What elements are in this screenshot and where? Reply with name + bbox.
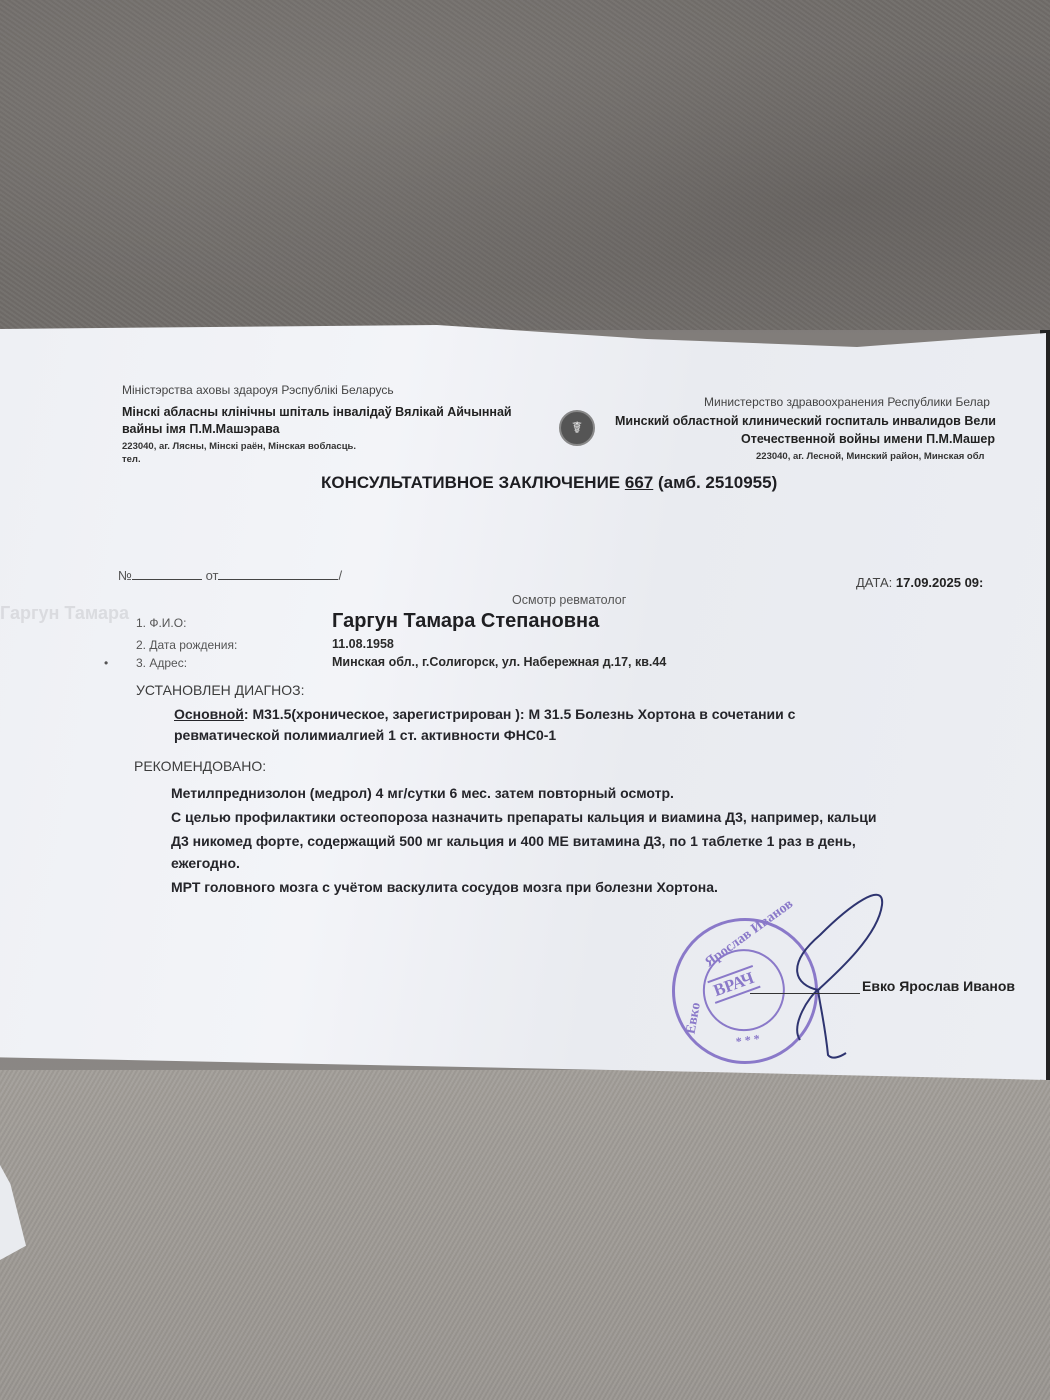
header-right-ministry: Министерство здравоохранения Республики … [704, 395, 990, 409]
medical-emblem-icon: ☤ [559, 410, 595, 446]
document-amb: (амб. 2510955) [658, 473, 777, 492]
address-value: Минская обл., г.Солигорск, ул. Набережна… [332, 655, 666, 669]
diagnosis-main: Основной: М31.5(хроническое, зарегистрир… [174, 706, 795, 722]
registration-line: № от/ [118, 567, 342, 583]
diagnosis-line-2: ревматической полимиалгией 1 ст. активно… [174, 727, 556, 743]
recommendation-line: С целью профилактики остеопороза назначи… [171, 809, 877, 825]
document-title: КОНСУЛЬТАТИВНОЕ ЗАКЛЮЧЕНИЕ 667 (амб. 251… [321, 473, 777, 493]
bullet-dot: • [104, 656, 108, 670]
document-number: 667 [625, 473, 653, 492]
signature-line [750, 993, 860, 994]
header-right-institution-2: Отечественной войны имени П.М.Машер [741, 432, 995, 446]
header-right-institution-1: Минский областной клинический госпиталь … [615, 414, 996, 428]
number-field [132, 567, 202, 580]
diagnosis-type-label: Основной [174, 706, 244, 722]
number-label: № [118, 568, 132, 583]
exam-type: Осмотр ревматолог [512, 593, 626, 607]
header-left-phone: тел. [122, 454, 141, 465]
date-block: ДАТА: 17.09.2025 09: [856, 575, 983, 590]
background-fabric-bottom [0, 1070, 1050, 1400]
handwritten-signature [780, 885, 900, 1065]
dob-value: 11.08.1958 [332, 637, 394, 651]
from-field [218, 567, 338, 580]
stamp-stars: * * * [735, 1031, 761, 1049]
document-title-prefix: КОНСУЛЬТАТИВНОЕ ЗАКЛЮЧЕНИЕ [321, 473, 620, 492]
recommendations-heading: РЕКОМЕНДОВАНО: [134, 758, 266, 774]
header-left-ministry: Міністэрства аховы здароуя Рэспублікі Бе… [122, 383, 394, 397]
header-right-address: 223040, аг. Лесной, Минский район, Минск… [756, 451, 984, 462]
recommendation-line: МРТ головного мозга с учётом васкулита с… [171, 879, 718, 895]
stamp-outer-left-text: Евко [684, 1001, 705, 1035]
date-label: ДАТА: [856, 575, 892, 590]
fio-label: 1. Ф.И.О: [136, 616, 186, 630]
header-left-address: 223040, аг. Лясны, Мінскі раён, Мінская … [122, 441, 356, 452]
dob-label: 2. Дата рождения: [136, 638, 237, 652]
background-fabric-top [0, 0, 1050, 330]
doctor-name: Евко Ярослав Иванов [862, 978, 1015, 994]
from-label: от [206, 568, 219, 583]
bleed-through-text: Гаргун Тамара [0, 603, 129, 624]
header-left-institution-2: вайны імя П.М.Машэрава [122, 422, 280, 436]
recommendation-line: ежегодно. [171, 855, 240, 871]
recommendation-line: Д3 никомед форте, содержащий 500 мг каль… [171, 833, 856, 849]
diagnosis-heading: УСТАНОВЛЕН ДИАГНОЗ: [136, 682, 304, 698]
address-label: 3. Адрес: [136, 656, 187, 670]
date-value: 17.09.2025 09: [896, 575, 983, 590]
header-left-institution-1: Мінскі абласны клінічны шпіталь інваліда… [122, 405, 512, 419]
recommendation-line: Метилпреднизолон (медрол) 4 мг/сутки 6 м… [171, 785, 674, 801]
patient-name: Гаргун Тамара Степановна [332, 610, 599, 633]
diagnosis-line-1: : М31.5(хроническое, зарегистрирован ): … [244, 706, 796, 722]
